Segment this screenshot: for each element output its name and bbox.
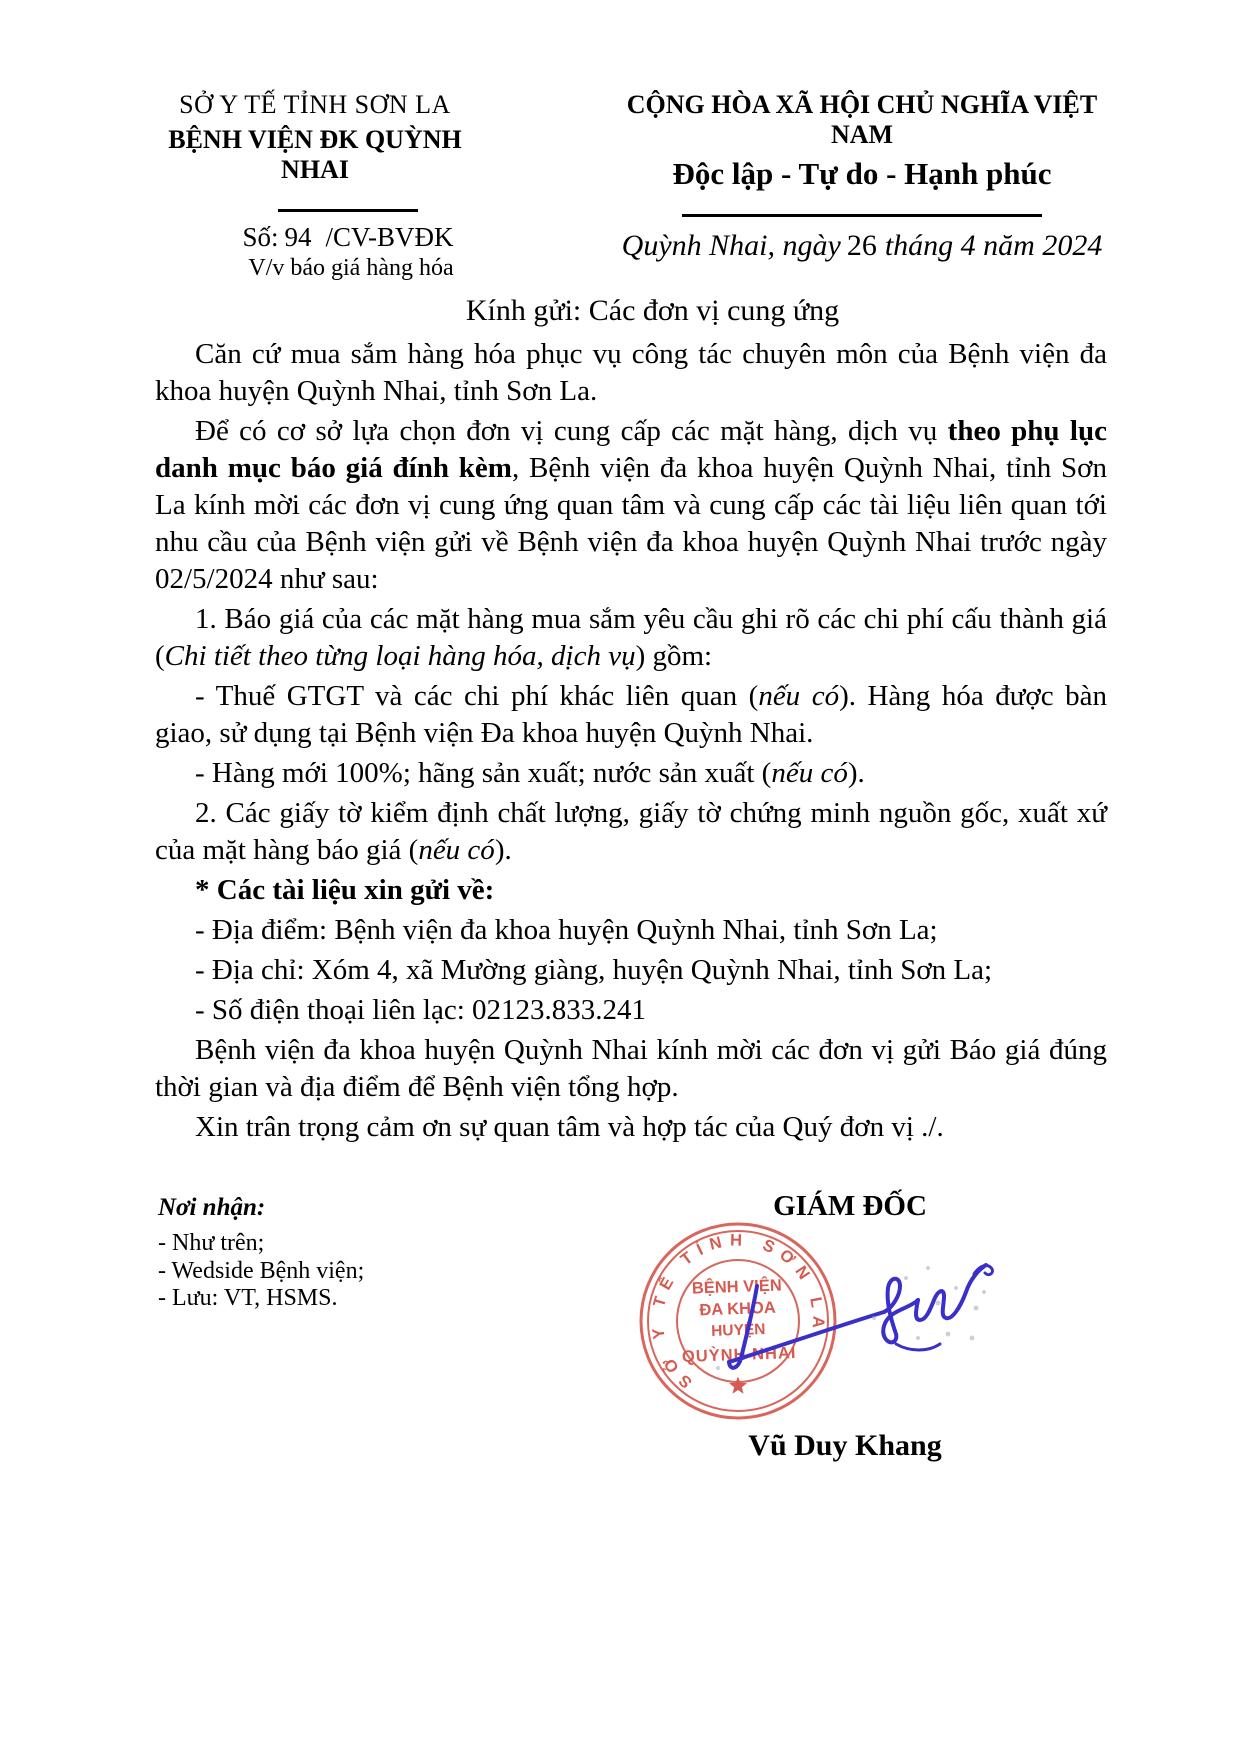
body-paragraph-10: - Số điện thoại liên lạc: 02123.833.241 <box>155 992 1107 1029</box>
recipient-item: - Wedside Bệnh viện; <box>158 1258 364 1286</box>
body-paragraph-1: Căn cứ mua sắm hàng hóa phục vụ công tác… <box>155 336 1107 410</box>
director-signature <box>688 1248 1000 1400</box>
body-paragraph-2: Để có cơ sở lựa chọn đơn vị cung cấp các… <box>155 413 1107 598</box>
document-number-suffix: /CV-BVĐK <box>326 222 454 252</box>
recipients-block: Nơi nhận: - Như trên; - Wedside Bệnh việ… <box>158 1194 364 1313</box>
body-paragraph-9: - Địa chỉ: Xóm 4, xã Mường giàng, huyện … <box>155 952 1107 989</box>
body-paragraph-8: - Địa điểm: Bệnh viện đa khoa huyện Quỳn… <box>155 912 1107 949</box>
recipient-item: - Lưu: VT, HSMS. <box>158 1285 364 1313</box>
issuing-agency-block: SỞ Y TẾ TỈNH SƠN LA BỆNH VIỆN ĐK QUỲNH N… <box>140 90 490 282</box>
national-header-block: CỘNG HÒA XÃ HỘI CHỦ NGHĨA VIỆT NAM Độc l… <box>600 90 1124 263</box>
text-segment: ). <box>848 757 865 789</box>
text-segment: ). <box>495 834 512 866</box>
place-date-line: Quỳnh Nhai, ngày26tháng 4 năm 2024 <box>600 229 1124 263</box>
body-paragraph-6: 2. Các giấy tờ kiểm định chất lượng, giấ… <box>155 795 1107 869</box>
parent-agency-name: SỞ Y TẾ TỈNH SƠN LA <box>140 90 490 120</box>
signature-stroke <box>896 1344 940 1350</box>
national-motto: Độc lập - Tự do - Hạnh phúc <box>600 156 1124 192</box>
date-day-value: 26 <box>847 229 877 263</box>
header-right-divider <box>682 214 1042 217</box>
document-number-value: 94 <box>285 222 312 253</box>
place-date-prefix: Quỳnh Nhai, ngày <box>622 229 841 262</box>
header-left-divider <box>278 209 418 212</box>
recipient-item: - Như trên; <box>158 1230 364 1258</box>
body-paragraph-11: Bệnh viện đa khoa huyện Quỳnh Nhai kính … <box>155 1032 1107 1106</box>
salutation-line: Kính gửi: Các đơn vị cung ứng <box>175 294 1130 328</box>
text-segment: - Hàng mới 100%; hãng sản xuất; nước sản… <box>195 757 771 789</box>
document-number-label: Số: <box>242 222 278 252</box>
body-paragraph-7: * Các tài liệu xin gửi về: <box>155 872 1107 909</box>
text-segment-italic: Chi tiết theo từng loại hàng hóa, dịch v… <box>165 640 636 672</box>
signer-name: Vũ Duy Khang <box>690 1429 1000 1463</box>
text-segment-italic: nếu có <box>418 834 495 866</box>
text-segment: - Thuế GTGT và các chi phí khác liên qua… <box>195 680 758 712</box>
text-segment-italic: nếu có <box>771 757 848 789</box>
document-page: SỞ Y TẾ TỈNH SƠN LA BỆNH VIỆN ĐK QUỲNH N… <box>0 0 1241 1755</box>
document-subject: V/v báo giá hàng hóa <box>176 255 526 282</box>
signature-stroke <box>883 1279 918 1343</box>
text-segment-italic: nếu có <box>758 680 839 712</box>
text-segment: 2. Các giấy tờ kiểm định chất lượng, giấ… <box>155 797 1107 866</box>
body-paragraph-3: 1. Báo giá của các mặt hàng mua sắm yêu … <box>155 601 1107 675</box>
recipients-title: Nơi nhận: <box>158 1194 364 1222</box>
body-paragraph-4: - Thuế GTGT và các chi phí khác liên qua… <box>155 678 1107 752</box>
place-date-suffix: tháng 4 năm 2024 <box>885 229 1103 262</box>
letter-body: Căn cứ mua sắm hàng hóa phục vụ công tác… <box>155 336 1107 1149</box>
hospital-name: BỆNH VIỆN ĐK QUỲNH NHAI <box>140 125 490 185</box>
national-title: CỘNG HÒA XÃ HỘI CHỦ NGHĨA VIỆT NAM <box>600 90 1124 150</box>
text-segment: Để có cơ sở lựa chọn đơn vị cung cấp các… <box>195 415 948 447</box>
document-number-line: Số:94/CV-BVĐK <box>173 222 523 253</box>
text-segment: ) gồm: <box>636 640 713 672</box>
body-paragraph-5: - Hàng mới 100%; hãng sản xuất; nước sản… <box>155 755 1107 792</box>
body-paragraph-12: Xin trân trọng cảm ơn sự quan tâm và hợp… <box>155 1109 1107 1146</box>
